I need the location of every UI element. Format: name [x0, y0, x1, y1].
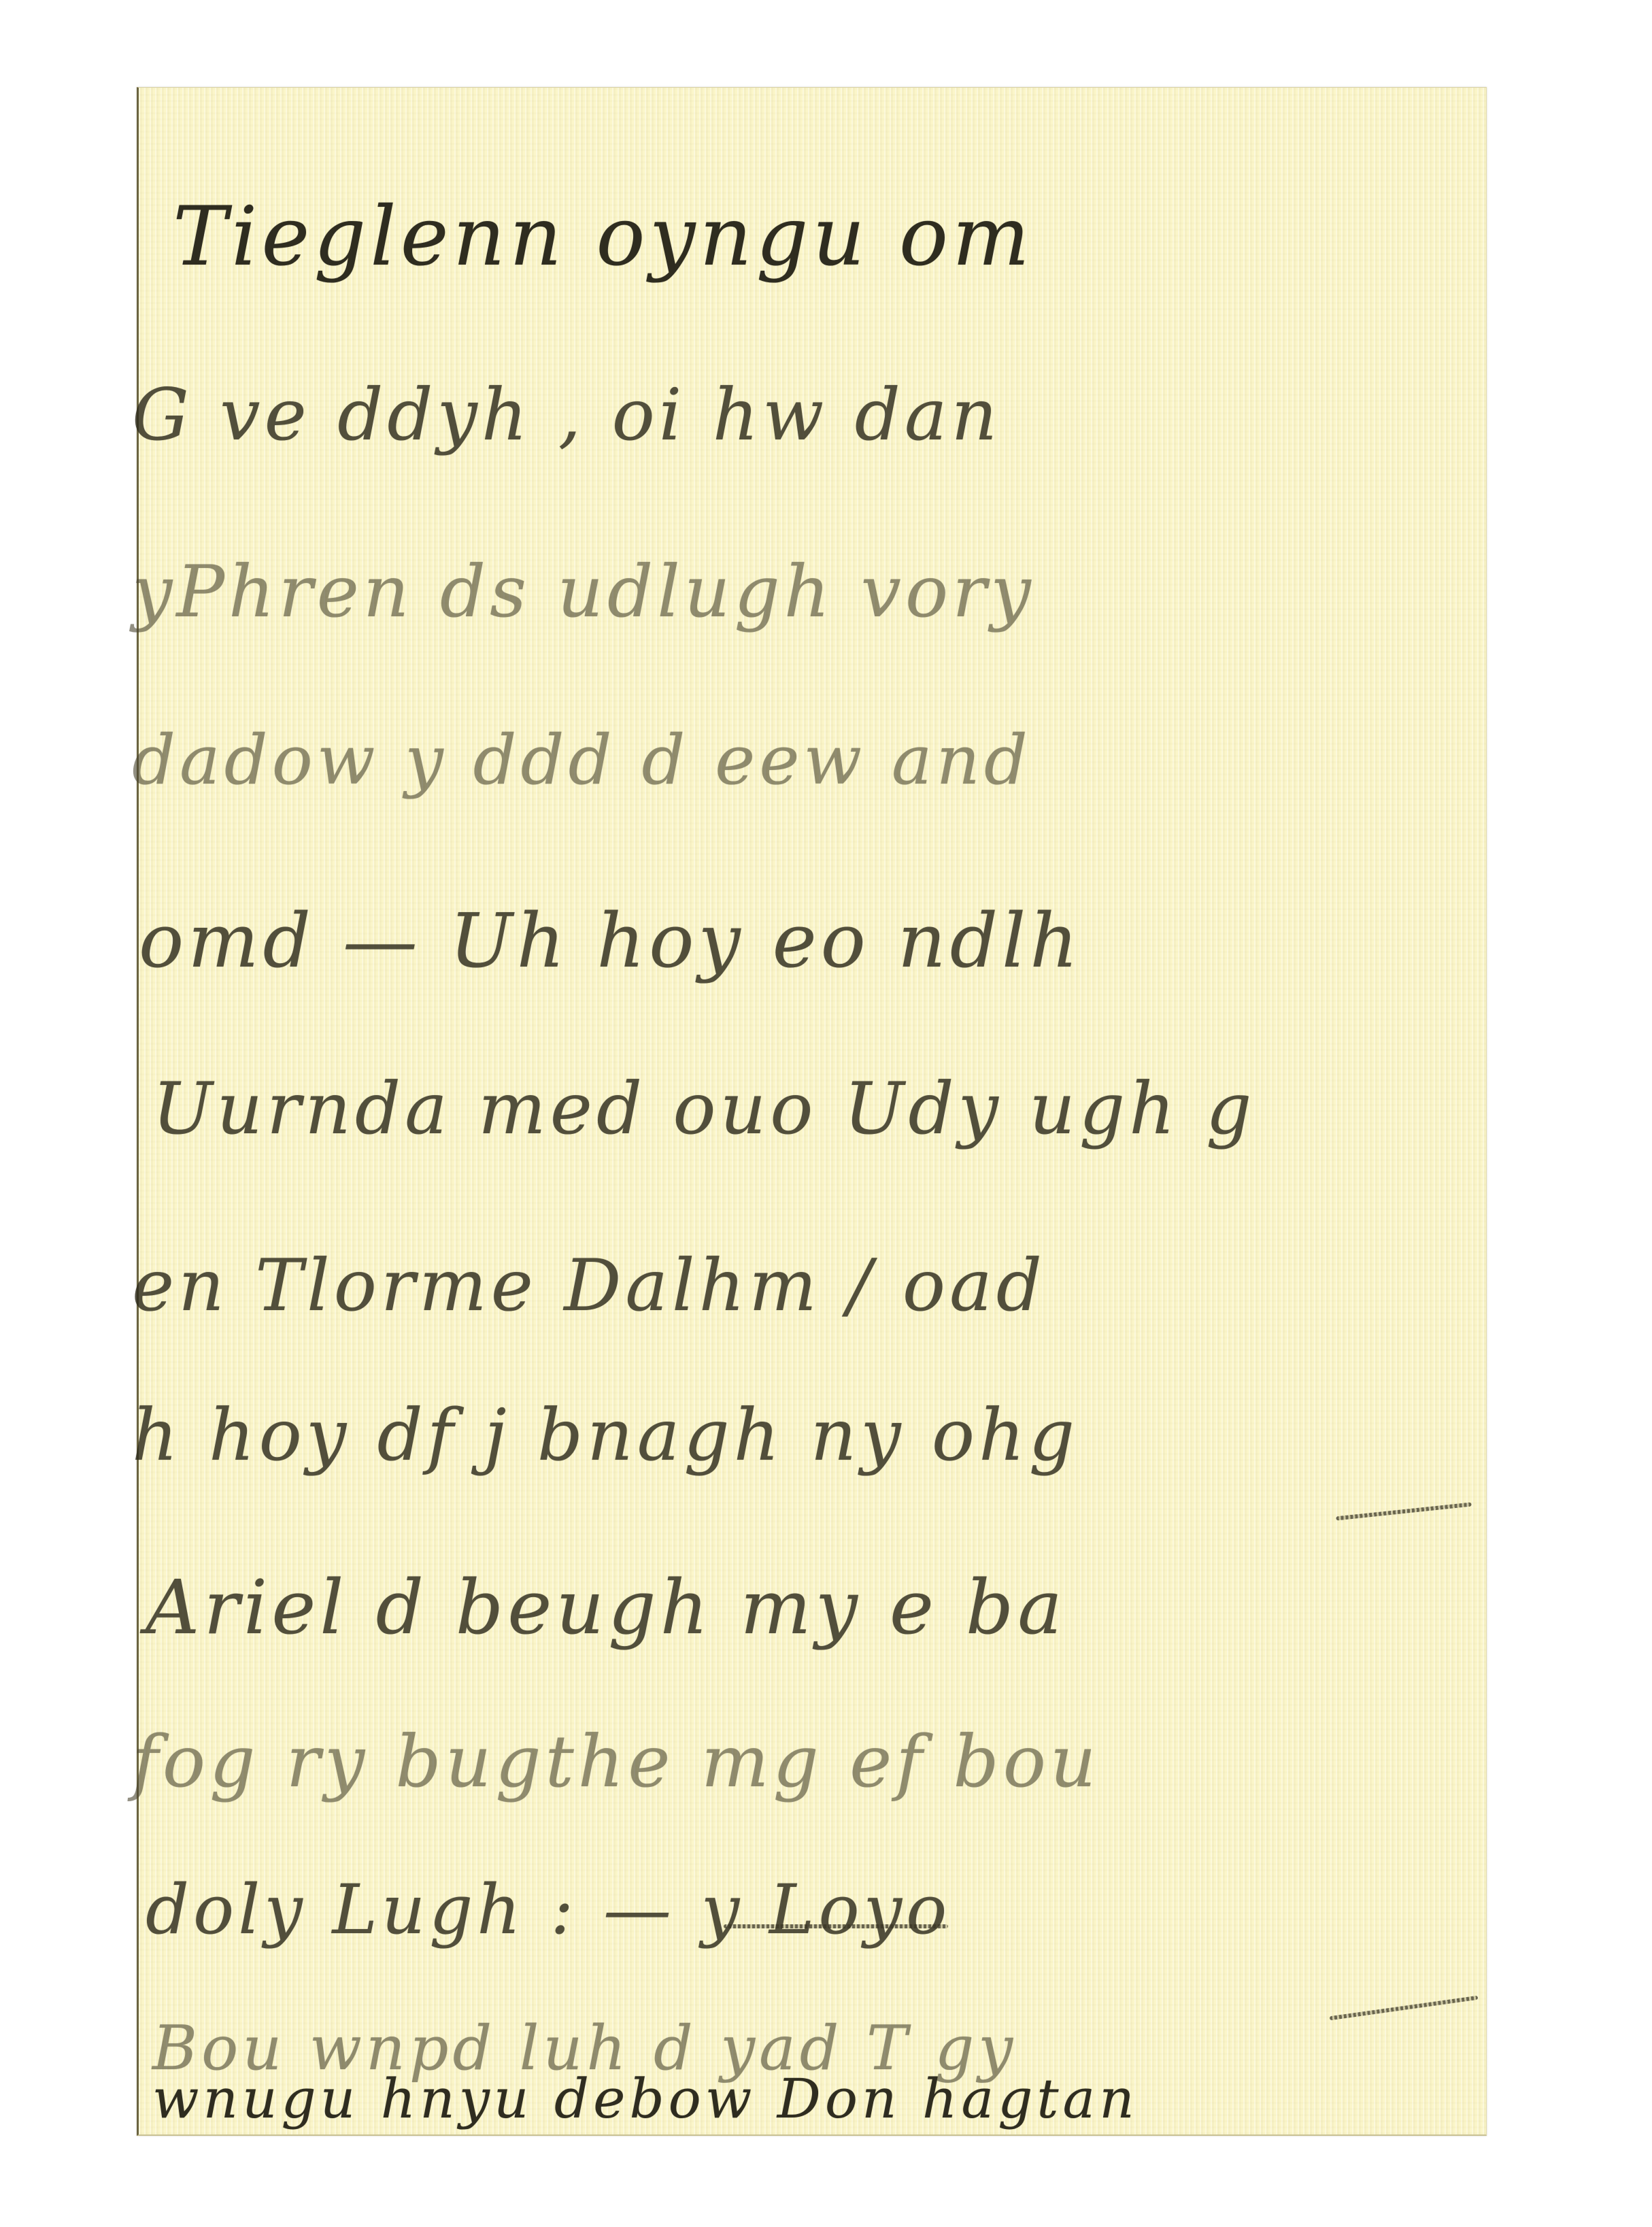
- handwritten-line-8: h hoy df j bnagh ny ohg: [132, 1394, 1079, 1477]
- handwritten-line-2: G ve ddyh , oi hw dan: [132, 373, 1001, 456]
- handwritten-line-7: en Tlorme Dalhm / oad: [132, 1244, 1046, 1327]
- pencil-underline-stroke: [1336, 1503, 1472, 1521]
- handwritten-line-13: wnugu hnyu debow Don hagtan: [152, 2067, 1139, 2130]
- handwritten-line-9: Ariel d beugh my e ba: [146, 1564, 1066, 1651]
- pencil-underline-stroke: [1330, 1996, 1479, 2021]
- handwritten-line-11: doly Lugh : — y Loyo: [146, 1870, 951, 1949]
- handwritten-line-1: Tieglenn oyngu om: [173, 190, 1034, 284]
- handwritten-note-card: Tieglenn oyngu om G ve ddyh , oi hw dan …: [137, 87, 1487, 2136]
- handwritten-line-5: omd — Uh hoy eo ndlh: [139, 897, 1082, 984]
- handwritten-line-4: dadow y ddd d eew and: [132, 720, 1032, 800]
- handwritten-line-3: yPhren ds udlugh vory: [132, 550, 1035, 633]
- handwritten-line-10: fog ry bugthe mg ef bou: [132, 1720, 1100, 1803]
- handwritten-line-6: Uurnda med ouo Udy ugh g: [152, 1067, 1255, 1150]
- pencil-dash-stroke: [724, 1924, 948, 1928]
